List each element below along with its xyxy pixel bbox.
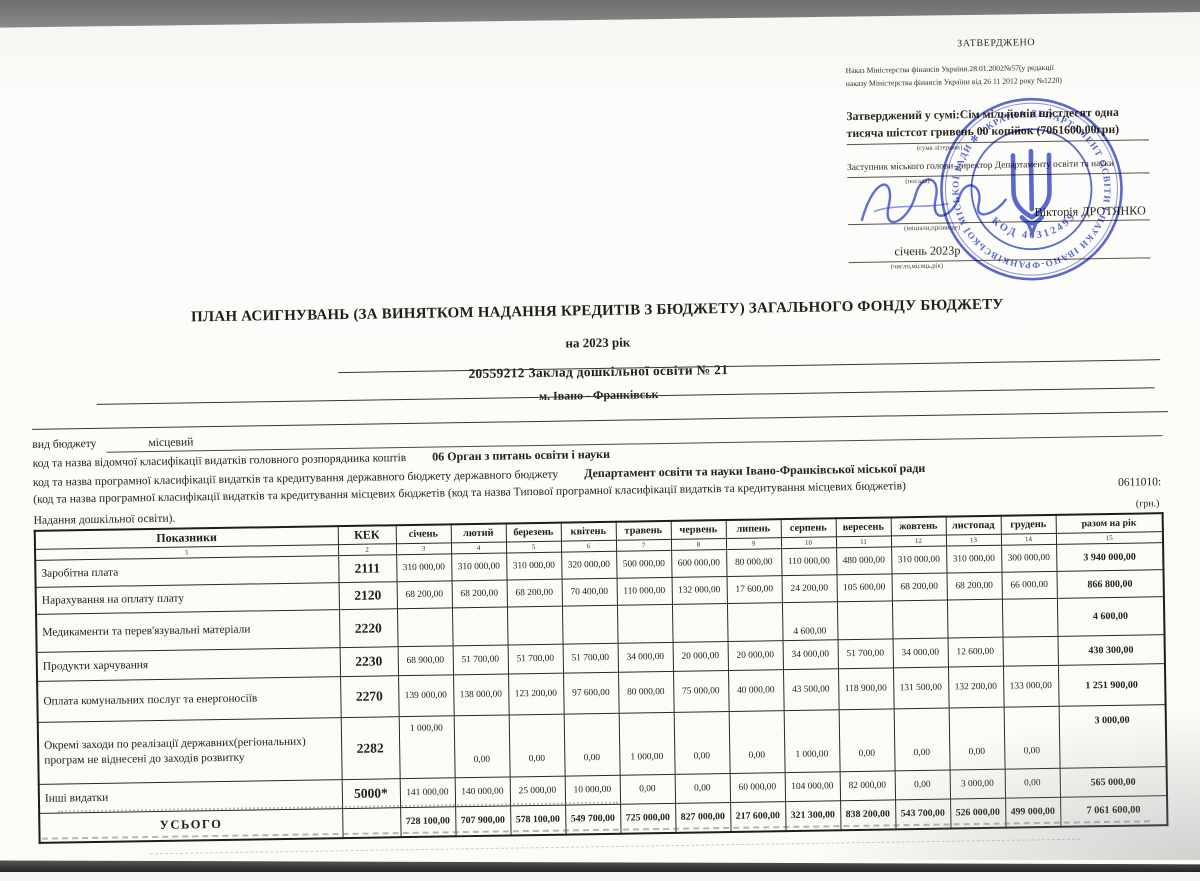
month-value-cell: 12 600,00 — [948, 637, 1003, 667]
col-number: 4 — [451, 542, 506, 554]
kek-code-cell: 2111 — [338, 555, 396, 583]
month-value-cell: 75 000,00 — [673, 671, 729, 713]
col-number: 11 — [836, 536, 891, 548]
program-name-continuation: Надання дошкільної освіти). — [33, 512, 175, 527]
month-value-cell: 138 000,00 — [453, 674, 509, 716]
month-value-cell: 97 600,00 — [563, 672, 619, 714]
document-year: на 2023 рік — [38, 326, 1158, 360]
month-value-cell: 68 200,00 — [452, 580, 507, 608]
indicator-cell: Окремі заходи по реалізації державних(ре… — [38, 718, 342, 785]
month-value-cell: 0,00 — [620, 774, 675, 804]
month-value-cell: 4 600,00 — [782, 602, 838, 641]
month-value-cell: 0,00 — [674, 712, 730, 775]
month-value-cell — [727, 603, 783, 642]
col-header-month: липень — [726, 519, 781, 538]
col-number: 9 — [726, 538, 781, 550]
month-value-cell: 141 000,00 — [400, 778, 455, 808]
dept-classification-value: 06 Орган з питань освіти і науки — [432, 445, 610, 466]
month-value-cell: 320 000,00 — [561, 551, 616, 579]
month-value-cell: 123 200,00 — [508, 673, 564, 715]
approved-label: ЗАТВЕРДЖЕНО — [845, 35, 1147, 51]
month-value-cell: 132 000,00 — [672, 577, 727, 605]
col-number: 12 — [891, 535, 946, 547]
month-value-cell: 0,00 — [454, 715, 510, 778]
month-value-cell — [672, 604, 728, 643]
col-header-total: разом на рік — [1056, 513, 1163, 533]
col-header-month: жовтень — [891, 517, 946, 536]
month-value-cell: 110 000,00 — [781, 548, 836, 576]
kek-code-cell: 2270 — [340, 676, 399, 718]
month-value-cell: 10 000,00 — [565, 775, 620, 805]
month-value-cell: 105 600,00 — [837, 574, 892, 602]
month-value-cell: 310 000,00 — [451, 553, 506, 581]
col-header-month: березень — [506, 523, 561, 542]
month-value-cell: 70 400,00 — [562, 578, 617, 606]
month-value-cell — [562, 605, 618, 644]
year-total-cell: 3 940 000,00 — [1056, 543, 1163, 572]
month-value-cell: 68 900,00 — [398, 646, 453, 676]
month-value-cell: 68 200,00 — [892, 573, 947, 601]
col-header-month: січень — [396, 524, 451, 543]
kek-code-cell: 2230 — [340, 647, 398, 677]
col-header-month: серпень — [781, 518, 836, 537]
currency-note: (грн.) — [1136, 499, 1164, 510]
month-value-cell: 0,00 — [509, 714, 565, 777]
document-title: ПЛАН АСИГНУВАНЬ (ЗА ВИНЯТКОМ НАДАННЯ КРЕ… — [37, 294, 1157, 329]
month-value-cell: 51 700,00 — [453, 645, 508, 675]
month-value-cell: 600 000,00 — [671, 550, 726, 578]
month-value-cell: 310 000,00 — [946, 545, 1001, 573]
col-header-kek: КЕК — [338, 525, 396, 544]
month-value-cell: 1 000,00 — [399, 716, 455, 779]
month-value-cell — [1002, 598, 1058, 637]
col-header-month: червень — [671, 520, 726, 539]
col-header-month: грудень — [1001, 515, 1056, 534]
month-value-cell: 66 000,00 — [1001, 571, 1056, 599]
month-value-cell: 500 000,00 — [616, 550, 671, 578]
month-value-cell: 80 000,00 — [618, 671, 674, 713]
month-value-cell — [617, 604, 673, 643]
col-number: 6 — [561, 540, 616, 552]
month-value-cell: 0,00 — [564, 713, 620, 776]
month-value-cell — [397, 608, 453, 647]
year-total-cell: 430 300,00 — [1058, 635, 1165, 666]
month-value-cell: 139 000,00 — [398, 675, 454, 717]
month-value-cell: 34 000,00 — [618, 642, 673, 672]
month-value-cell: 25 000,00 — [510, 776, 565, 806]
month-value-cell: 20 000,00 — [673, 642, 728, 672]
col-number: 8 — [671, 539, 726, 551]
page-corner-shadow — [770, 690, 1200, 860]
month-value-cell: 51 700,00 — [838, 639, 893, 669]
program-code: 0611010: — [1118, 474, 1163, 492]
month-value-cell: 310 000,00 — [891, 546, 946, 574]
col-number: 2 — [338, 544, 396, 556]
document-title-block: ПЛАН АСИГНУВАНЬ (ЗА ВИНЯТКОМ НАДАННЯ КРЕ… — [37, 294, 1158, 412]
month-value-cell — [507, 606, 563, 645]
month-value-cell — [947, 599, 1003, 638]
official-round-stamp: ДЕПАРТАМЕНТ ОСВІТИ І НАУКИ ІВАНО-ФРАНКІВ… — [930, 88, 1133, 291]
col-header-month: вересень — [836, 517, 891, 536]
kek-code-cell: 5000* — [342, 779, 400, 809]
tryzub-coat-of-arms-icon — [1013, 151, 1050, 234]
kek-code-cell: 2282 — [341, 717, 400, 780]
col-number: 7 — [616, 539, 671, 551]
month-value-cell: 34 000,00 — [893, 638, 948, 668]
year-total-cell: 866 800,00 — [1056, 570, 1163, 599]
col-number: 3 — [396, 543, 451, 555]
month-value-cell: 24 200,00 — [782, 575, 837, 603]
month-value-cell: 68 200,00 — [507, 579, 562, 607]
month-value-cell: 110 000,00 — [617, 577, 672, 605]
month-value-cell: 0,00 — [675, 774, 730, 804]
month-value-cell — [837, 601, 893, 640]
month-value-cell: 34 000,00 — [783, 640, 838, 670]
month-value-cell: 17 600,00 — [727, 576, 782, 604]
year-total-cell: 4 600,00 — [1057, 597, 1165, 637]
month-value-cell: 480 000,00 — [836, 547, 891, 575]
col-number: 10 — [781, 537, 836, 549]
month-value-cell — [1003, 636, 1058, 666]
month-value-cell: 300 000,00 — [1001, 544, 1056, 572]
col-header-month: лютий — [451, 523, 506, 542]
month-value-cell: 1 000,00 — [619, 712, 675, 775]
kek-code-cell: 2120 — [339, 582, 397, 610]
month-value-cell: 51 700,00 — [508, 644, 563, 674]
col-number: 5 — [506, 541, 561, 553]
col-header-month: листопад — [946, 516, 1001, 535]
budget-type-label: вид бюджету — [32, 435, 96, 453]
col-number: 14 — [1001, 533, 1056, 545]
kek-code-cell: 2220 — [339, 609, 398, 648]
month-value-cell — [452, 607, 508, 646]
indicator-cell: Продукти харчування — [37, 648, 340, 682]
month-value-cell: 140 000,00 — [455, 777, 510, 807]
col-header-month: травень — [616, 521, 671, 540]
month-value-cell — [892, 600, 948, 639]
col-header-month: квітень — [561, 522, 616, 541]
month-value-cell: 68 200,00 — [397, 581, 452, 609]
month-value-cell: 68 200,00 — [947, 572, 1002, 600]
month-value-cell: 80 000,00 — [726, 549, 781, 577]
indicator-cell: Оплата комунальних послуг та енергоносії… — [37, 677, 341, 723]
budget-meta-block: вид бюджету місцевий код та назва відомч… — [32, 418, 1163, 527]
month-value-cell: 51 700,00 — [563, 643, 618, 673]
indicator-cell: Медикаменти та перев'язувальні матеріали — [36, 610, 340, 653]
col-number: 13 — [946, 534, 1001, 546]
month-value-cell: 310 000,00 — [396, 554, 451, 582]
month-value-cell: 310 000,00 — [506, 552, 561, 580]
month-value-cell: 20 000,00 — [728, 641, 783, 671]
